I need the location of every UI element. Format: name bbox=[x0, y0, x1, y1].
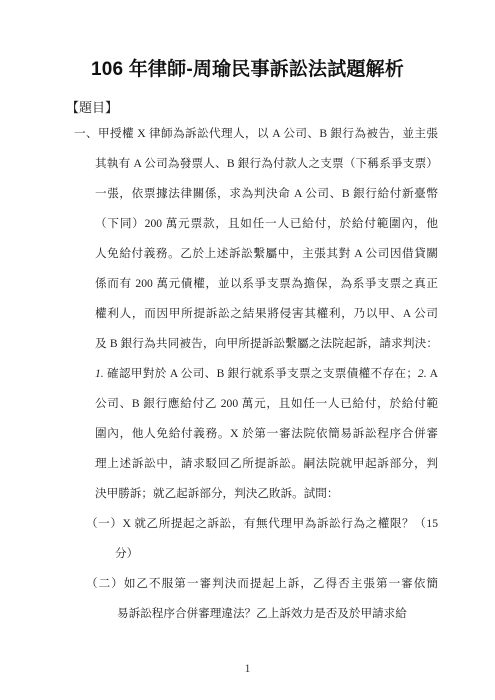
question-line-12: 理上述訴訟中，請求駁回乙所提訴訟。嗣法院就甲起訴部分，判 bbox=[95, 456, 438, 471]
question-line-6: 係而有 200 萬元債權，並以系爭支票為擔保，為系爭支票之真正 bbox=[95, 276, 438, 291]
question-line-10: 公司、B 銀行應給付乙 200 萬元，且如任一人已給付，於給付範 bbox=[95, 396, 438, 411]
question-line-5: 人免給付義務。乙於上述訴訟繫屬中，主張其對 A 公司因借貸關 bbox=[95, 246, 438, 261]
claim-1-text: 確認甲對於 A 公司、B 銀行就系爭支票之支票債權不存在； bbox=[107, 367, 418, 380]
sub-question-2-wrap: 易訴訟程序合併審理違法？乙上訴效力是否及於甲請求給 bbox=[117, 606, 407, 621]
section-label: 【題目】 bbox=[66, 97, 118, 116]
question-line-9: 1.確認甲對於 A 公司、B 銀行就系爭支票之支票債權不存在；2.A bbox=[95, 366, 438, 381]
document-title: 106 年律師-周瑜民事訴訟法試題解析 bbox=[0, 54, 495, 81]
question-line-3: 一張，依票據法律關係，求為判決命 A 公司、B 銀行給付新臺幣 bbox=[95, 186, 438, 201]
sub-question-1-wrap: 分） bbox=[115, 546, 138, 561]
claim-number-1: 1. bbox=[95, 367, 104, 380]
document-page: 106 年律師-周瑜民事訴訟法試題解析 【題目】 一、甲授權 X 律師為訴訟代理… bbox=[0, 0, 495, 700]
question-line-13: 決甲勝訴；就乙起訴部分，判決乙敗訴。試問： bbox=[95, 486, 338, 501]
sub-question-1: （一）X 就乙所提起之訴訟，有無代理甲為訴訟行為之權限？（15 bbox=[86, 516, 438, 531]
question-line-11: 圍內，他人免給付義務。X 於第一審法院依簡易訴訟程序合併審 bbox=[95, 426, 438, 441]
sub-question-2: （二）如乙不服第一審判決而提起上訴，乙得否主張第一審依簡 bbox=[86, 576, 438, 591]
question-line-7: 權利人，而因甲所提訴訟之結果將侵害其權利，乃以甲、A 公司 bbox=[95, 306, 438, 321]
question-line-1: 一、甲授權 X 律師為訴訟代理人，以 A 公司、B 銀行為被告，並主張 bbox=[74, 126, 438, 141]
question-line-4: （下同）200 萬元票款，且如任一人已給付，於給付範圍內，他 bbox=[95, 216, 438, 231]
claim-2-text: A bbox=[430, 367, 438, 380]
question-line-2: 其執有 A 公司為發票人、B 銀行為付款人之支票（下稱系爭支票） bbox=[95, 156, 438, 171]
question-line-8: 及 B 銀行為共同被告，向甲所提訴訟繫屬之法院起訴，請求判決： bbox=[95, 336, 438, 351]
claim-number-2: 2. bbox=[418, 367, 427, 380]
page-number: 1 bbox=[0, 663, 495, 675]
